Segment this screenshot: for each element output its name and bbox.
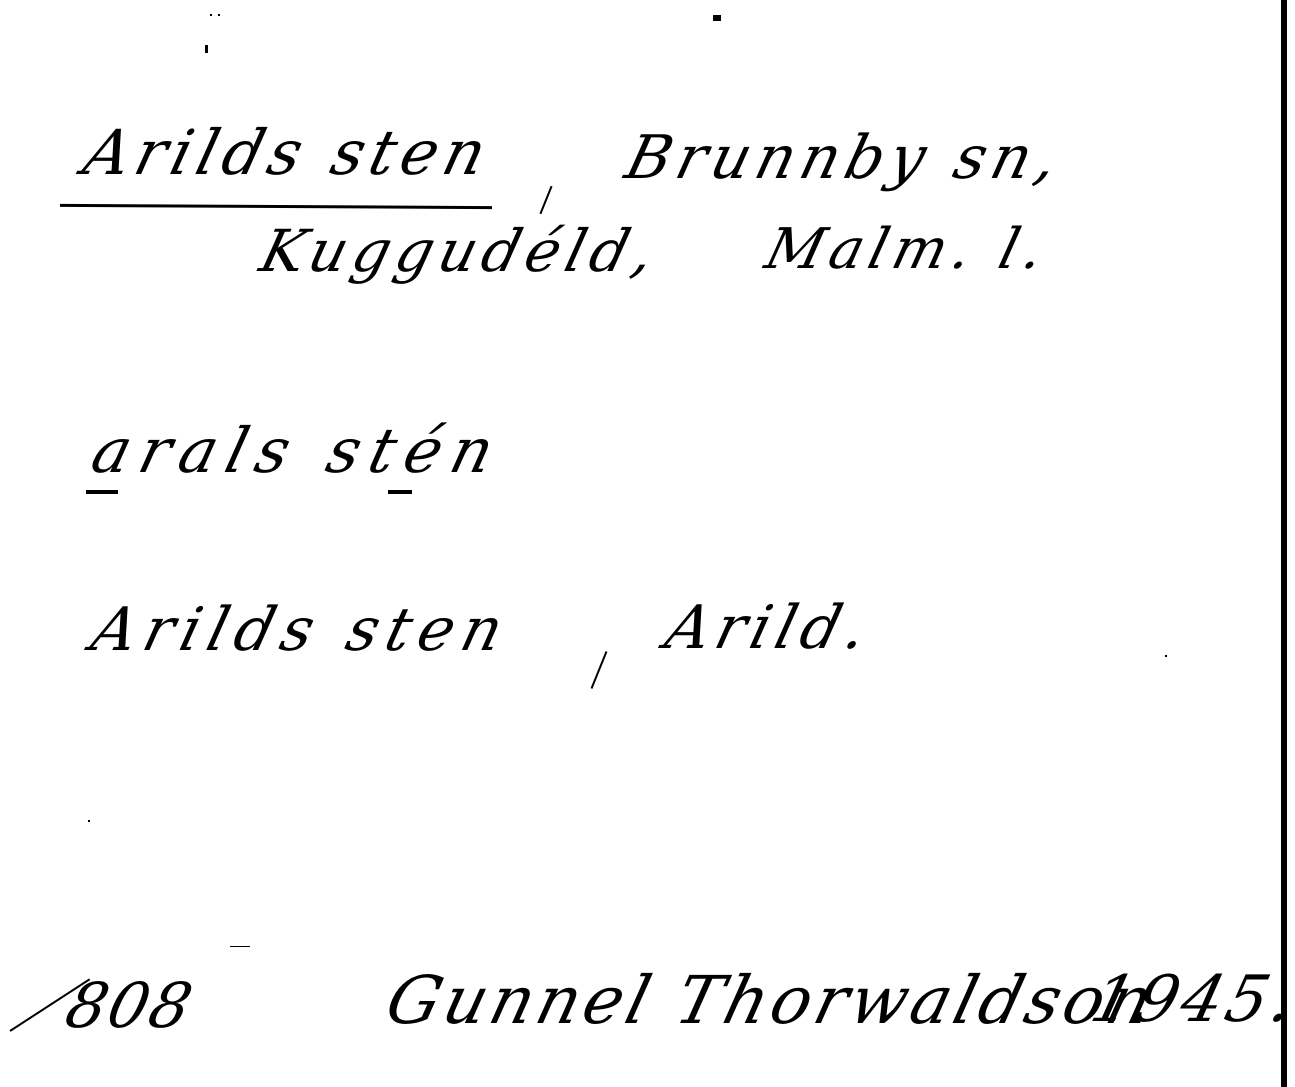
parish-name: Brunnby sn,: [620, 128, 1070, 188]
recorder-signature: Gunnel Thorwaldson: [380, 968, 1163, 1034]
card-number: 808: [60, 975, 200, 1037]
phonetic-mark: [86, 490, 118, 494]
scan-speck: [88, 820, 90, 822]
comma-stroke: [539, 186, 552, 215]
scan-speck: [230, 946, 250, 947]
pronunciation-text: arals stén: [86, 420, 510, 482]
scan-speck: [205, 45, 208, 53]
comma-stroke: [591, 651, 608, 689]
place-name-heading: Arilds sten: [78, 122, 498, 184]
scan-speck: [210, 14, 212, 16]
card-edge-border: [1281, 0, 1287, 1087]
scan-speck: [1165, 655, 1167, 657]
variant-alt-name: Arild.: [660, 598, 879, 658]
district-name: Kuggudéld,: [255, 222, 666, 280]
phonetic-mark: [388, 490, 412, 494]
scan-speck: [218, 14, 220, 16]
record-year: 1945.: [1085, 968, 1295, 1032]
scan-speck: [713, 15, 721, 21]
heading-underline: [60, 204, 492, 209]
archive-card: Arilds sten Brunnby sn, Kuggudéld, Malm.…: [0, 0, 1295, 1087]
variant-name: Arilds sten: [86, 600, 517, 660]
province-name: Malm. l.: [760, 222, 1055, 278]
